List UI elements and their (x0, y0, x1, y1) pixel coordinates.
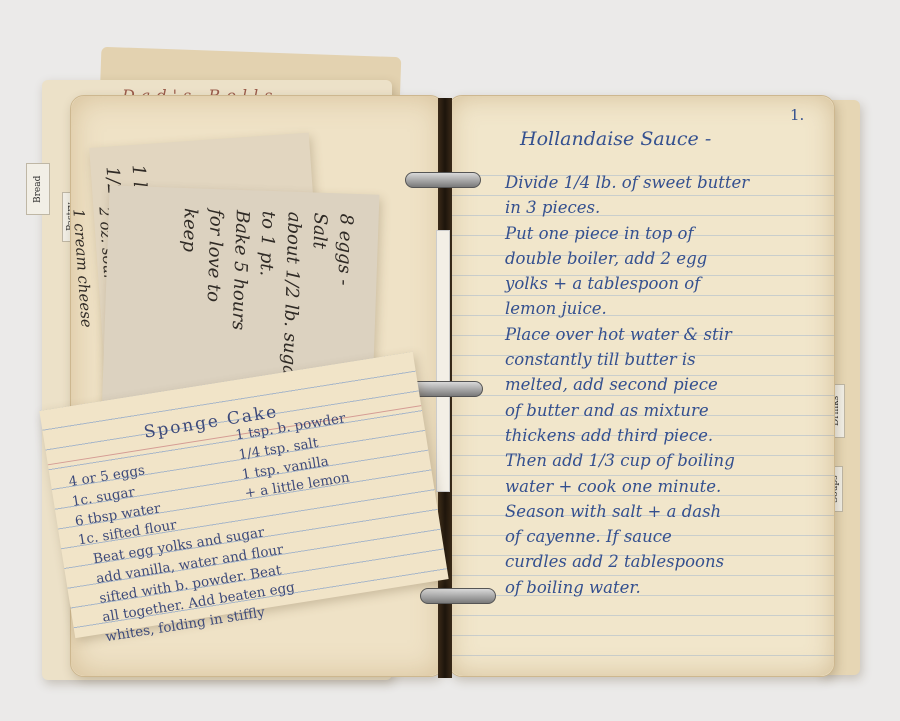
binder-ring-top (405, 172, 481, 188)
recipe-body: Divide 1/4 lb. of sweet butter in 3 piec… (505, 170, 825, 600)
page-number: 1. (790, 106, 870, 124)
card-ingredients-right: 1 tsp. b. powder 1/4 tsp. salt 1 tsp. va… (234, 409, 356, 505)
paper-slip (436, 230, 450, 492)
binder-ring-bottom (420, 588, 496, 604)
tab-bread[interactable]: Bread (26, 163, 50, 215)
recipe-title: Hollandaise Sauce - (520, 128, 711, 150)
card-ingredients-left: 4 or 5 eggs 1c. sugar 6 tbsp water 1c. s… (67, 458, 178, 552)
back-card-2-text: 8 eggs - Salt about 1/2 lb. sugar to 1 p… (171, 208, 359, 387)
recipe-notebook-photo: Dad's Rolls Bread Pastry Soups Drinks So… (0, 0, 900, 721)
